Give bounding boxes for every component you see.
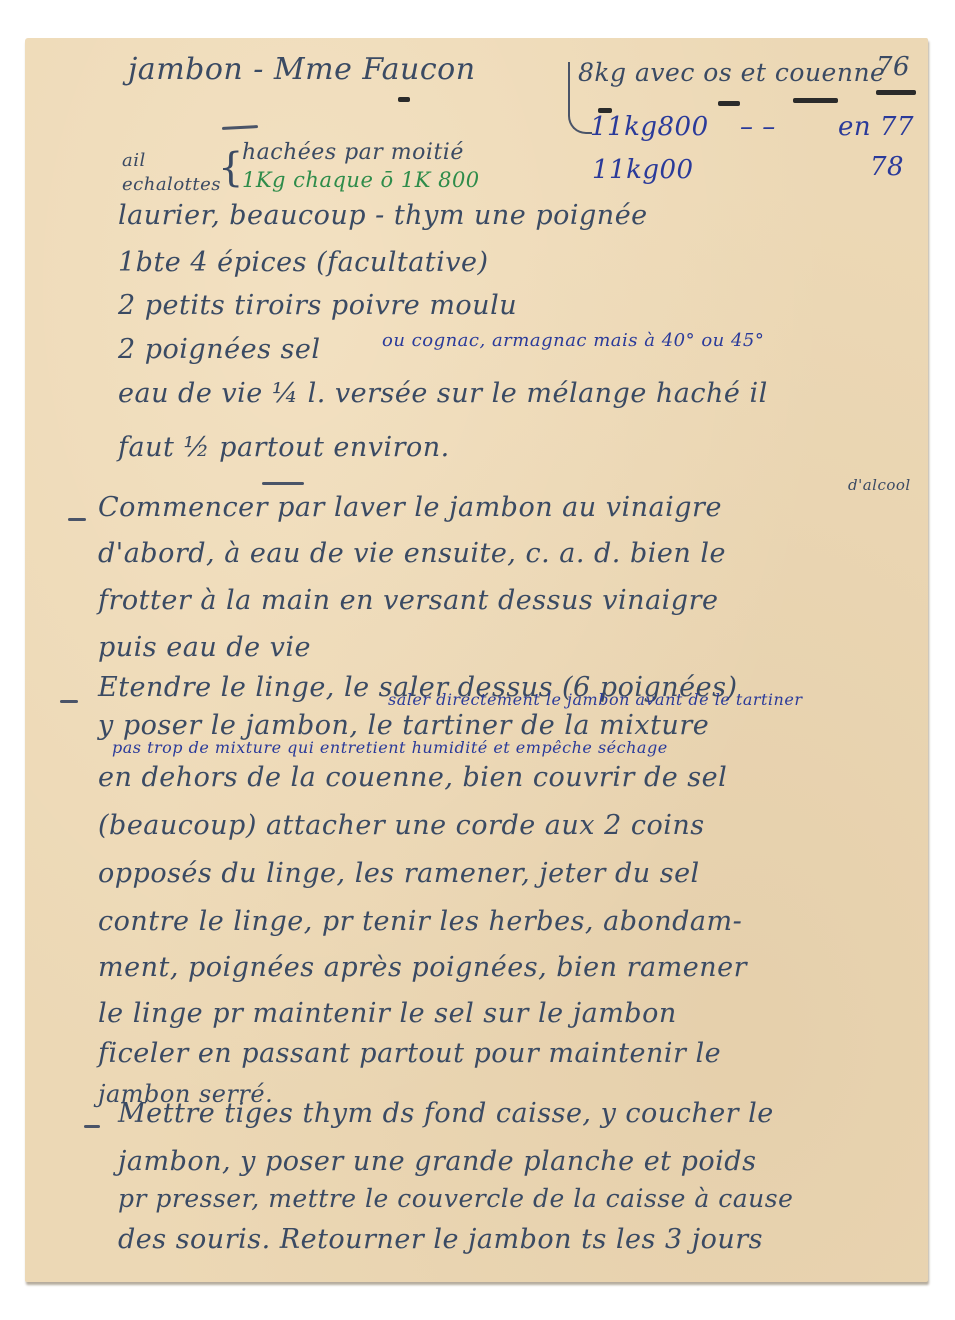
strike-mark	[793, 98, 838, 103]
overline-mark	[262, 482, 304, 485]
step1-line: frotter à la main en versant dessus vina…	[98, 585, 718, 616]
ingredient-ail: ail	[122, 150, 146, 171]
brace-symbol: {	[218, 148, 243, 188]
ingredient-eau-de-vie: eau de vie ¼ l. versée sur le mélange ha…	[118, 378, 768, 409]
year-76: 76	[876, 52, 910, 82]
year-77: en 77	[838, 112, 914, 142]
recipe-title: jambon - Mme Faucon	[128, 52, 476, 87]
note-cognac-armagnac: ou cognac, armagnac mais à 40° ou 45°	[382, 330, 764, 351]
strike-mark	[718, 101, 740, 106]
step2-line: y poser le jambon, le tartiner de la mix…	[98, 710, 709, 741]
step3-line: jambon, y poser une grande planche et po…	[118, 1146, 756, 1177]
step1-line: d'abord, à eau de vie ensuite, c. a. d. …	[98, 538, 726, 569]
ingredient-epices: 1bte 4 épices (facultative)	[118, 247, 489, 278]
step1-line: puis eau de vie	[98, 632, 311, 663]
ingredient-faut-partout: faut ½ partout environ.	[118, 432, 450, 463]
year-78: 78	[870, 152, 904, 182]
step3-line: pr presser, mettre le couvercle de la ca…	[118, 1184, 793, 1213]
ingredient-poivre: 2 petits tiroirs poivre moulu	[118, 290, 517, 321]
step2-line: en dehors de la couenne, bien couvrir de…	[98, 762, 727, 793]
strike-mark	[398, 97, 410, 102]
weight-1977: 11kg800	[590, 112, 709, 142]
weight-1978: 11kg00	[592, 155, 694, 185]
step2-line: ficeler en passant partout pour mainteni…	[98, 1038, 721, 1069]
brace-note-quantity: 1Kg chaque ō 1K 800	[242, 168, 480, 192]
brace-note-hachees: hachées par moitié	[242, 140, 464, 165]
weight-1976: 8kg avec os et couenne	[578, 58, 885, 87]
step3-line: des souris. Retourner le jambon ts les 3…	[118, 1224, 763, 1255]
step3-line: Mettre tiges thym ds fond caisse, y couc…	[118, 1098, 774, 1129]
step1-line: Commencer par laver le jambon au vinaigr…	[98, 492, 722, 523]
step2-line: opposés du linge, les ramener, jeter du …	[98, 858, 700, 889]
step2-line: le linge pr maintenir le sel sur le jamb…	[98, 998, 677, 1029]
step2-line: ment, poignées après poignées, bien rame…	[98, 952, 747, 983]
step2-line: (beaucoup) attacher une corde aux 2 coin…	[98, 810, 705, 841]
ingredient-sel: 2 poignées sel	[118, 334, 320, 365]
dashes-1977: – –	[740, 112, 776, 142]
bullet-dash	[84, 1125, 100, 1128]
bullet-dash	[60, 700, 78, 703]
note-dalcool: d'alcool	[848, 476, 911, 494]
step2-line: contre le linge, pr tenir les herbes, ab…	[98, 906, 742, 937]
ingredient-laurier-thym: laurier, beaucoup - thym une poignée	[118, 200, 648, 231]
strike-mark	[876, 90, 916, 95]
note-saler-directement: saler directement le jambon avant de le …	[388, 690, 802, 709]
note-pas-trop-de-mixture: pas trop de mixture qui entretient humid…	[112, 738, 668, 757]
ingredient-echalottes: echalottes	[122, 174, 221, 195]
bullet-dash	[68, 518, 86, 521]
